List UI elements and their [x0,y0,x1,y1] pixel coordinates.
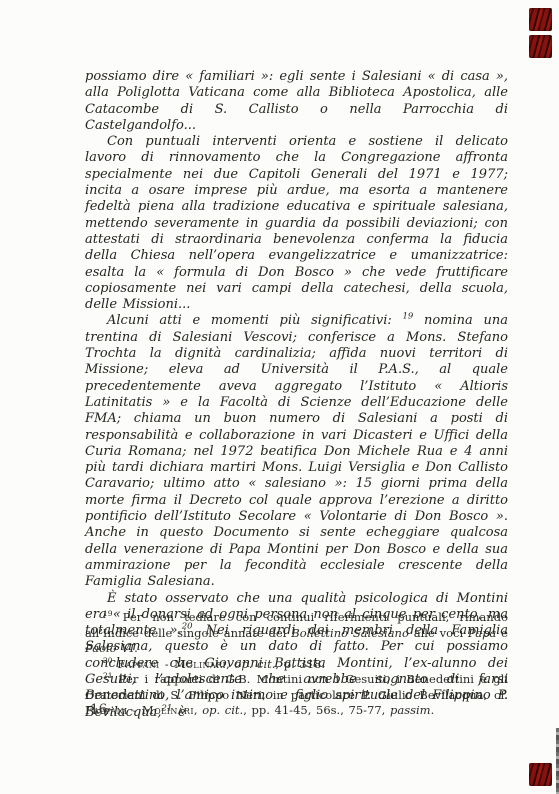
text-run: . [431,703,435,717]
text-run: Paolo VI [85,641,134,655]
text-run: nomina una trentina di Salesiani Vescovi… [85,313,508,589]
text-run: e [496,626,508,640]
text-run: , p. 318. [275,657,325,671]
text-run: . [134,641,138,655]
footnote-marker: 21 [103,671,113,680]
text-run: Alcuni atti e momenti più significativi: [107,313,402,328]
footnote-marker: 19 [103,609,113,618]
page-number: 16 [90,702,107,718]
footnote-marker: 20 [103,656,113,665]
text-run: op. cit. [234,657,275,671]
paragraph: possiamo dire « familiari »: egli sente … [85,69,508,134]
red-scan-tab-top-1 [529,8,552,31]
book-page: possiamo dire « familiari »: egli sente … [0,0,559,794]
text-run: Con puntuali interventi orienta e sostie… [85,134,508,312]
text-run: Fappani - Molinari [117,657,226,671]
text-run: , pp. 41-45, 56s., 75-77, [243,703,390,717]
text-run: alle voci [409,626,468,640]
footnote: 20 Fappani - Molinari, op. cit., p. 318. [85,657,508,673]
text-run: possiamo dire « familiari »: egli sente … [85,69,508,133]
red-scan-tab-bottom [529,763,552,786]
text-run: Papa [468,626,496,640]
text-run: passim [390,703,431,717]
footnote-marker: 19 [402,312,413,322]
text-run: op. cit. [202,703,243,717]
paragraph: Alcuni atti e momenti più significativi:… [85,313,508,590]
footnote: 21 Per i rapporti di G.B. Montini con i … [85,672,508,719]
paragraph: Con puntuali interventi orienta e sostie… [85,134,508,313]
red-scan-tab-top-2 [529,35,552,58]
text-run: Bollettino Salesiano [291,626,409,640]
text-run: , [194,703,202,717]
footnotes: 19 Per non tediare con continui riferime… [85,610,508,719]
footnote: 19 Per non tediare con continui riferime… [85,610,508,657]
text-run: Per i rapporti di G.B. Montini con i Ges… [85,672,508,702]
